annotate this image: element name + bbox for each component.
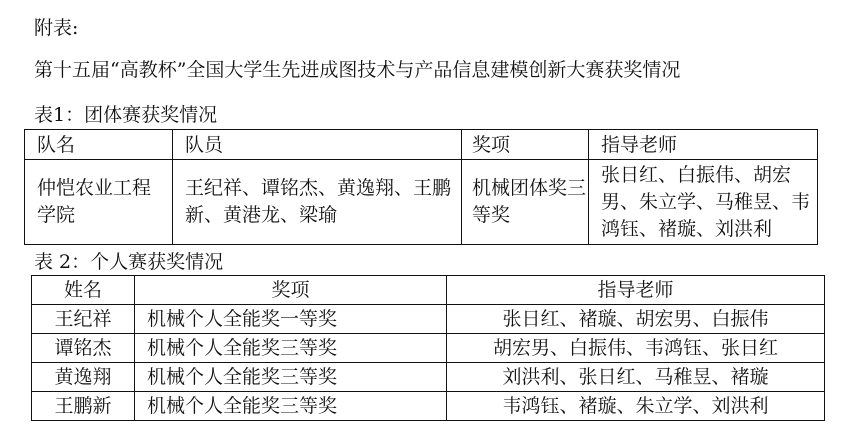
header-advisors: 指导老师 xyxy=(589,130,818,160)
cell-name: 谭铭杰 xyxy=(32,334,135,363)
cell-award: 机械个人全能奖三等奖 xyxy=(135,363,447,392)
table2-caption: 表 2：个人赛获奖情况 xyxy=(34,250,223,274)
table-row: 王鹏新 机械个人全能奖三等奖 韦鸿钰、褚璇、朱立学、刘洪利 xyxy=(32,392,825,421)
table-row: 仲恺农业工程学院 王纪祥、谭铭杰、黄逸翔、王鹏新、黄港龙、梁瑜 机械团体奖三等奖… xyxy=(25,160,818,245)
cell-advisors: 刘洪利、张日红、马稚昱、褚璇 xyxy=(447,363,825,392)
cell-team: 仲恺农业工程学院 xyxy=(25,160,173,245)
cell-award: 机械个人全能奖三等奖 xyxy=(135,334,447,363)
cell-advisors: 韦鸿钰、褚璇、朱立学、刘洪利 xyxy=(447,392,825,421)
table-row: 谭铭杰 机械个人全能奖三等奖 胡宏男、白振伟、韦鸿钰、张日红 xyxy=(32,334,825,363)
cell-name: 王纪祥 xyxy=(32,305,135,334)
header-team: 队名 xyxy=(25,130,173,160)
document-title: 第十五届“高教杯”全国大学生先进成图技术与产品信息建模创新大赛获奖情况 xyxy=(34,58,680,82)
header-award: 奖项 xyxy=(462,130,589,160)
cell-award: 机械个人全能奖三等奖 xyxy=(135,392,447,421)
team-awards-table: 队名 队员 奖项 指导老师 仲恺农业工程学院 王纪祥、谭铭杰、黄逸翔、王鹏新、黄… xyxy=(24,129,818,245)
cell-award: 机械团体奖三等奖 xyxy=(462,160,589,245)
cell-name: 王鹏新 xyxy=(32,392,135,421)
table-header-row: 姓名 奖项 指导老师 xyxy=(32,276,825,305)
header-award: 奖项 xyxy=(135,276,447,305)
cell-advisors: 张日红、褚璇、胡宏男、白振伟 xyxy=(447,305,825,334)
table-row: 王纪祥 机械个人全能奖一等奖 张日红、褚璇、胡宏男、白振伟 xyxy=(32,305,825,334)
table-header-row: 队名 队员 奖项 指导老师 xyxy=(25,130,818,160)
table-row: 黄逸翔 机械个人全能奖三等奖 刘洪利、张日红、马稚昱、褚璇 xyxy=(32,363,825,392)
cell-award: 机械个人全能奖一等奖 xyxy=(135,305,447,334)
appendix-label: 附表: xyxy=(34,16,78,40)
table1-caption: 表1：团体赛获奖情况 xyxy=(34,103,217,127)
individual-awards-table: 姓名 奖项 指导老师 王纪祥 机械个人全能奖一等奖 张日红、褚璇、胡宏男、白振伟… xyxy=(31,275,825,421)
header-name: 姓名 xyxy=(32,276,135,305)
cell-members: 王纪祥、谭铭杰、黄逸翔、王鹏新、黄港龙、梁瑜 xyxy=(173,160,462,245)
header-advisors: 指导老师 xyxy=(447,276,825,305)
cell-advisors: 胡宏男、白振伟、韦鸿钰、张日红 xyxy=(447,334,825,363)
cell-advisors: 张日红、白振伟、胡宏男、朱立学、马稚昱、韦鸿钰、褚璇、刘洪利 xyxy=(589,160,818,245)
header-members: 队员 xyxy=(173,130,462,160)
cell-name: 黄逸翔 xyxy=(32,363,135,392)
